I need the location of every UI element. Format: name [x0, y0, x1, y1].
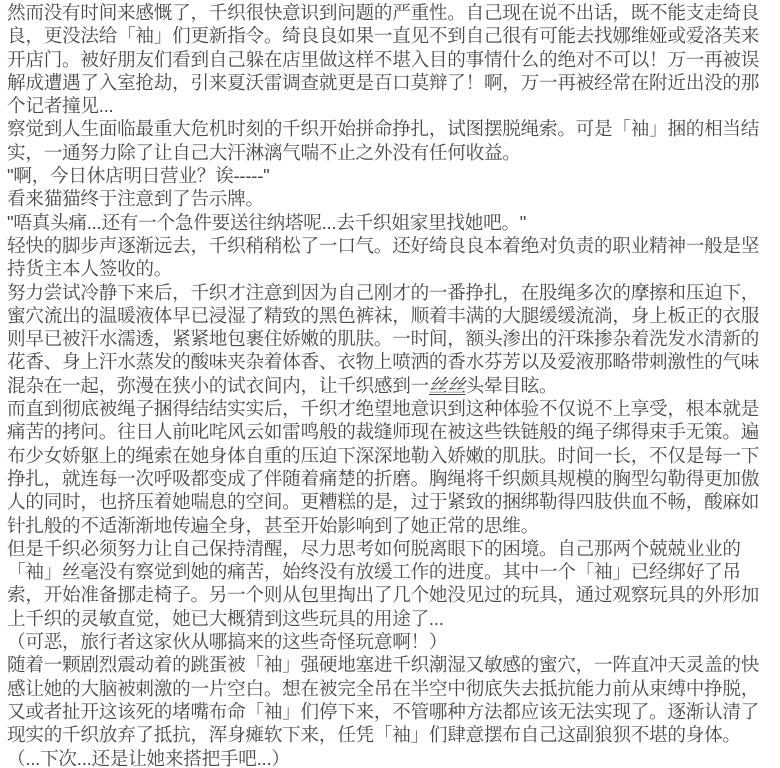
dialogue-line: "啊，今日休店明日营业？诶-----"	[7, 164, 770, 187]
paragraph: 但是千织必须努力让自己保持清醒，尽力思考如何脱离眼下的困境。自己那两个兢兢业业的…	[7, 537, 770, 630]
emphasized-text: 丝丝	[429, 375, 466, 396]
paragraph-text: 头晕目眩。	[466, 375, 558, 396]
inner-thought-line: （可恶，旅行者这家伙从哪搞来的这些奇怪玩意啊！）	[7, 630, 770, 653]
paragraph: 然而没有时间来感慨了，千织很快意识到问题的严重性。自己现在说不出话，既不能支走绮…	[7, 1, 770, 117]
paragraph: 而直到彻底被绳子捆得结结实实后，千织才绝望地意识到这种体验不仅说不上享受，根本就…	[7, 397, 770, 537]
paragraph: 随着一颗剧烈震动着的跳蛋被「袖」强硬地塞进千织潮湿又敏感的蜜穴，一阵直冲天灵盖的…	[7, 653, 770, 746]
document-page: 然而没有时间来感慨了，千织很快意识到问题的严重性。自己现在说不出话，既不能支走绮…	[0, 0, 780, 768]
inner-thought-line: （...下次...还是让她来搭把手吧...）	[7, 747, 770, 768]
paragraph: 看来猫猫终于注意到了告示牌。	[7, 187, 770, 210]
paragraph: 努力尝试冷静下来后，千织才注意到因为自己刚才的一番挣扎，在股绳多次的摩擦和压迫下…	[7, 281, 770, 397]
paragraph-text: 努力尝试冷静下来后，千织才注意到因为自己刚才的一番挣扎，在股绳多次的摩擦和压迫下…	[7, 282, 759, 396]
dialogue-line: "唔真头痛...还有一个急件要送往纳塔呢...去千织姐家里找她吧。"	[7, 211, 770, 234]
paragraph: 轻快的脚步声逐渐远去，千织稍稍松了一口气。还好绮良良本着绝对负责的职业精神一般是…	[7, 234, 770, 281]
paragraph: 察觉到人生面临最重大危机时刻的千织开始拼命挣扎，试图摆脱绳索。可是「袖」捆的相当…	[7, 117, 770, 164]
